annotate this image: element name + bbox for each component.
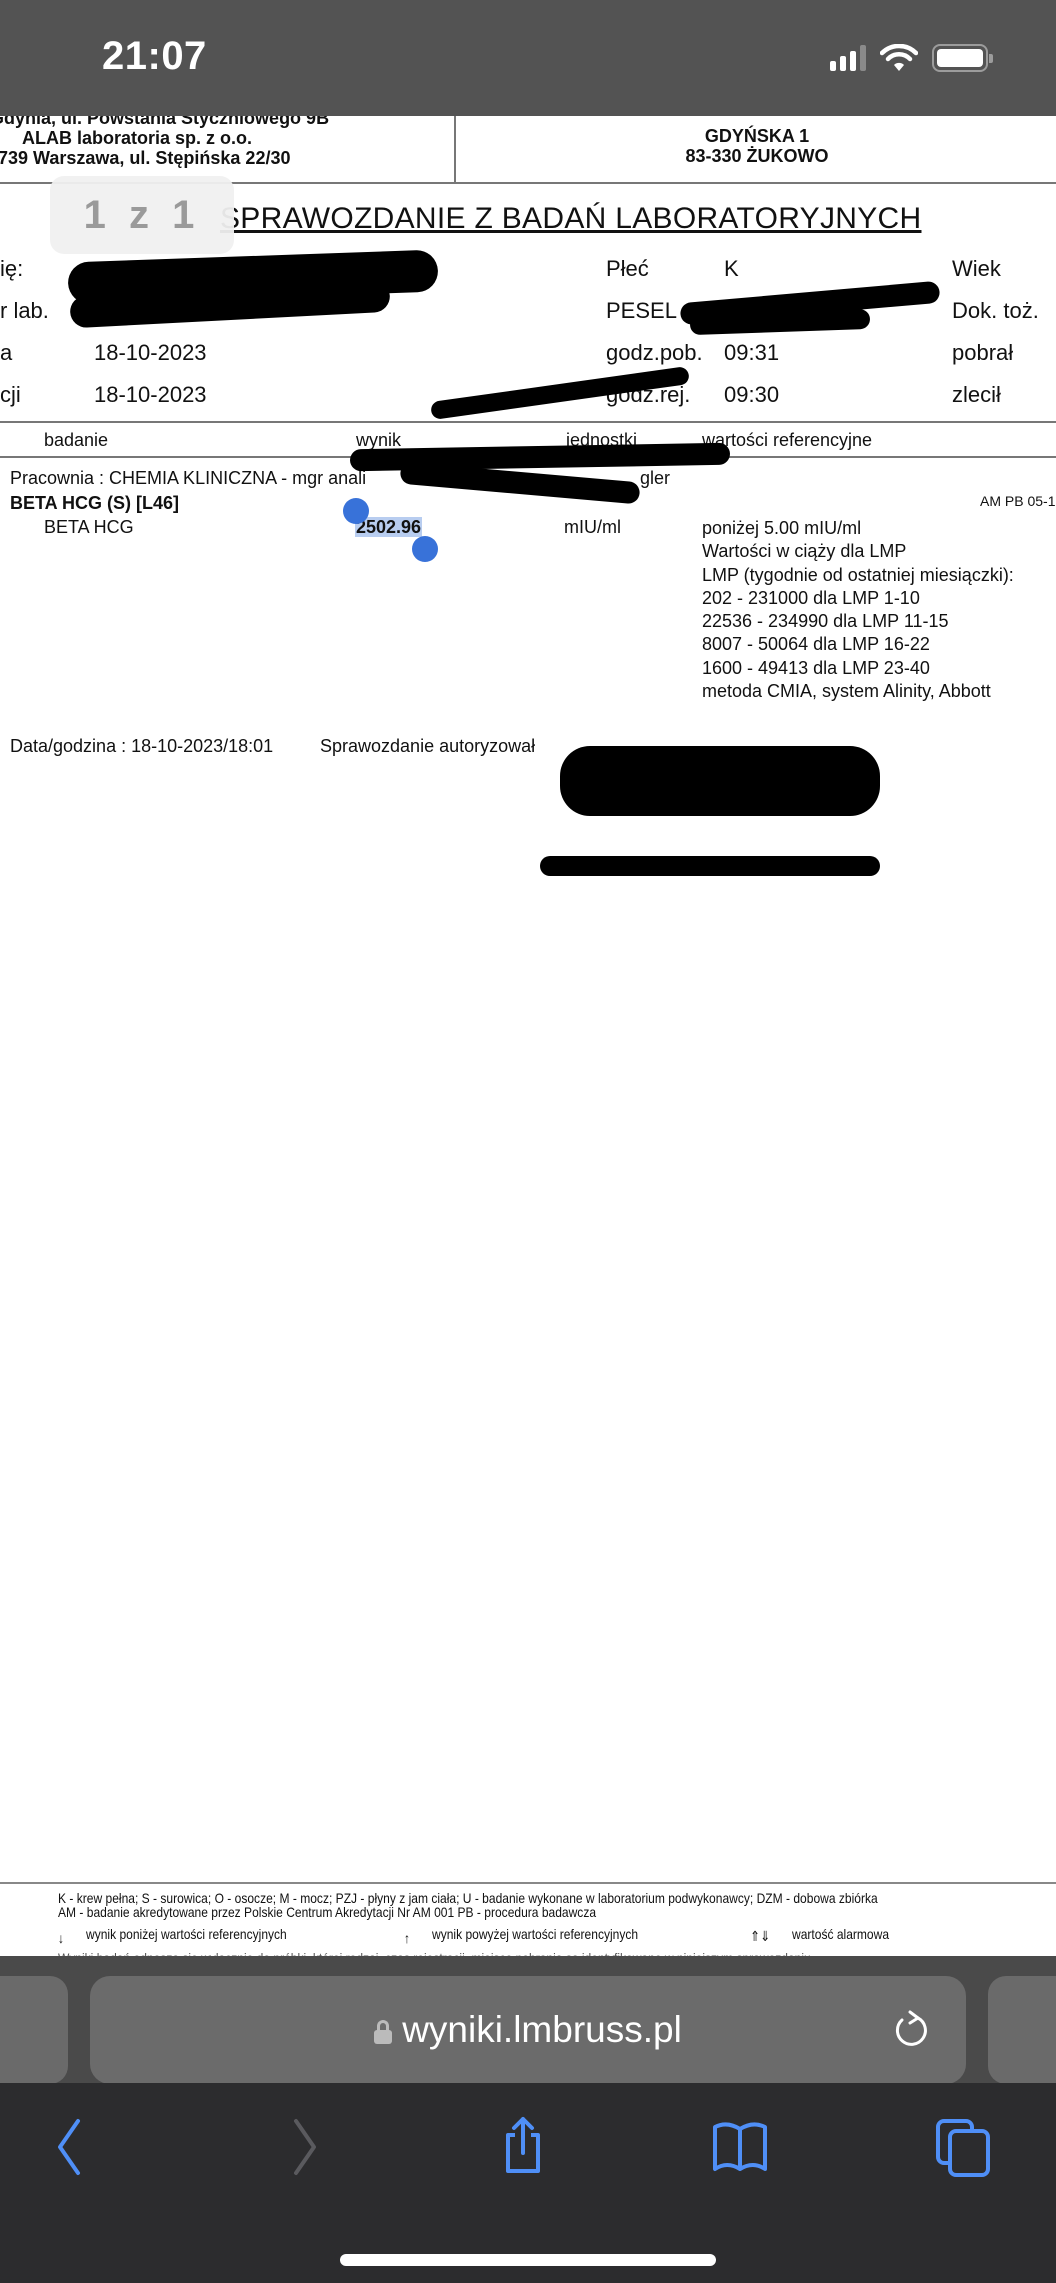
legend-below-ref: wynik poniżej wartości referencyjnych [86, 1926, 287, 1942]
tabs-icon[interactable] [928, 2113, 998, 2183]
arrow-up-icon: ↑ [404, 1930, 410, 1946]
lab-section-suffix: gler [640, 468, 670, 489]
url-text[interactable]: wyniki.lmbruss.pl [402, 2009, 682, 2051]
label-collected-by: pobrał [952, 340, 1013, 366]
test-units: mIU/ml [564, 517, 621, 538]
value-date-registered: 18-10-2023 [94, 382, 207, 408]
reference-values: poniżej 5.00 mIU/ml Wartości w ciąży dla… [702, 517, 1014, 703]
label-sex: Płeć [606, 256, 649, 282]
selection-start-handle[interactable] [343, 498, 369, 524]
page-indicator: 1 z 1 [50, 176, 234, 254]
lab-address-2: -739 Warszawa, ul. Stępińska 22/30 [0, 148, 290, 168]
status-bar: 21:07 [0, 0, 1056, 116]
status-time: 21:07 [102, 34, 207, 79]
authorized-by: Sprawozdanie autoryzował [320, 736, 535, 757]
redaction-mark [540, 856, 880, 876]
test-name: BETA HCG [44, 517, 134, 538]
reference-line: Wartości w ciąży dla LMP [702, 540, 1014, 563]
value-time-registered: 09:30 [724, 382, 779, 408]
cellular-signal-icon [830, 45, 866, 71]
label-lab-no: r lab. [0, 298, 49, 324]
address-bar[interactable]: wyniki.lmbruss.pl [90, 1976, 966, 2084]
reference-line: 22536 - 234990 dla LMP 11-15 [702, 610, 1014, 633]
wifi-icon [880, 44, 918, 72]
back-icon[interactable] [36, 2113, 106, 2183]
label-date-registered: cji [0, 382, 21, 408]
accreditation-code: AM PB 05-1 [980, 493, 1055, 509]
reference-line: 1600 - 49413 dla LMP 23-40 [702, 657, 1014, 680]
redaction-mark [560, 746, 880, 816]
reference-line: LMP (tygodnie od ostatniej miesiączki): [702, 564, 1014, 587]
battery-icon [932, 44, 988, 72]
previous-tab-preview[interactable] [0, 1976, 68, 2084]
label-age: Wiek [952, 256, 1001, 282]
legend-above-ref: wynik powyżej wartości referencyjnych [432, 1926, 638, 1942]
status-icons [830, 44, 988, 72]
reload-icon[interactable] [888, 2008, 932, 2052]
lock-icon [374, 2020, 392, 2044]
legend-alarm: wartość alarmowa [792, 1926, 889, 1942]
test-panel-name: BETA HCG (S) [L46] [10, 493, 179, 514]
lab-company: ALAB laboratoria sp. z o.o. [22, 128, 252, 148]
lab-header-left: Gdynia, ul. Powstania Styczniowego 9B AL… [0, 116, 456, 182]
label-time-collected: godz.pob. [606, 340, 703, 366]
value-time-collected: 09:31 [724, 340, 779, 366]
collection-city: 83-330 ŻUKOWO [458, 146, 1056, 166]
selection-end-handle[interactable] [412, 536, 438, 562]
legend: K - krew pełna; S - surowica; O - osocze… [0, 1882, 1056, 1884]
label-date-collected: a [0, 340, 12, 366]
browser-address-area: wyniki.lmbruss.pl [0, 1956, 1056, 2083]
bookmarks-icon[interactable] [705, 2113, 775, 2183]
share-icon[interactable] [488, 2113, 558, 2183]
lab-address-1: Gdynia, ul. Powstania Styczniowego 9B [0, 116, 329, 128]
reference-line: 202 - 231000 dla LMP 1-10 [702, 587, 1014, 610]
forward-icon[interactable] [266, 2113, 336, 2183]
alarm-arrows-icon: ⇑⇓ [750, 1928, 770, 1945]
value-date-collected: 18-10-2023 [94, 340, 207, 366]
pdf-document[interactable]: Gdynia, ul. Powstania Styczniowego 9B AL… [0, 116, 1056, 1956]
arrow-down-icon: ↓ [58, 1930, 64, 1946]
label-pesel: PESEL [606, 298, 677, 324]
column-header-test: badanie [44, 430, 108, 451]
collection-street: GDYŃSKA 1 [458, 126, 1056, 146]
report-title: SPRAWOZDANIE Z BADAŃ LABORATORYJNYCH [220, 202, 921, 236]
label-id-document: Dok. toż. [952, 298, 1039, 324]
reference-line: poniżej 5.00 mIU/ml [702, 517, 1014, 540]
lab-section: Pracownia : CHEMIA KLINICZNA - mgr anali [10, 468, 366, 489]
home-indicator[interactable] [340, 2254, 716, 2266]
reference-line: 8007 - 50064 dla LMP 16-22 [702, 633, 1014, 656]
legend-accreditation: AM - badanie akredytowane przez Polskie … [58, 1904, 596, 1920]
table-top-border [0, 421, 1056, 423]
browser-toolbar [0, 2083, 1056, 2283]
label-ordered-by: zlecił [952, 382, 1001, 408]
next-tab-preview[interactable] [988, 1976, 1056, 2084]
value-sex: K [724, 256, 739, 282]
label-name: ię: [0, 256, 23, 282]
reference-line: metoda CMIA, system Alinity, Abbott [702, 680, 1014, 703]
report-datetime: Data/godzina : 18-10-2023/18:01 [10, 736, 273, 757]
collection-point-header: GDYŃSKA 1 83-330 ŻUKOWO [458, 126, 1056, 166]
